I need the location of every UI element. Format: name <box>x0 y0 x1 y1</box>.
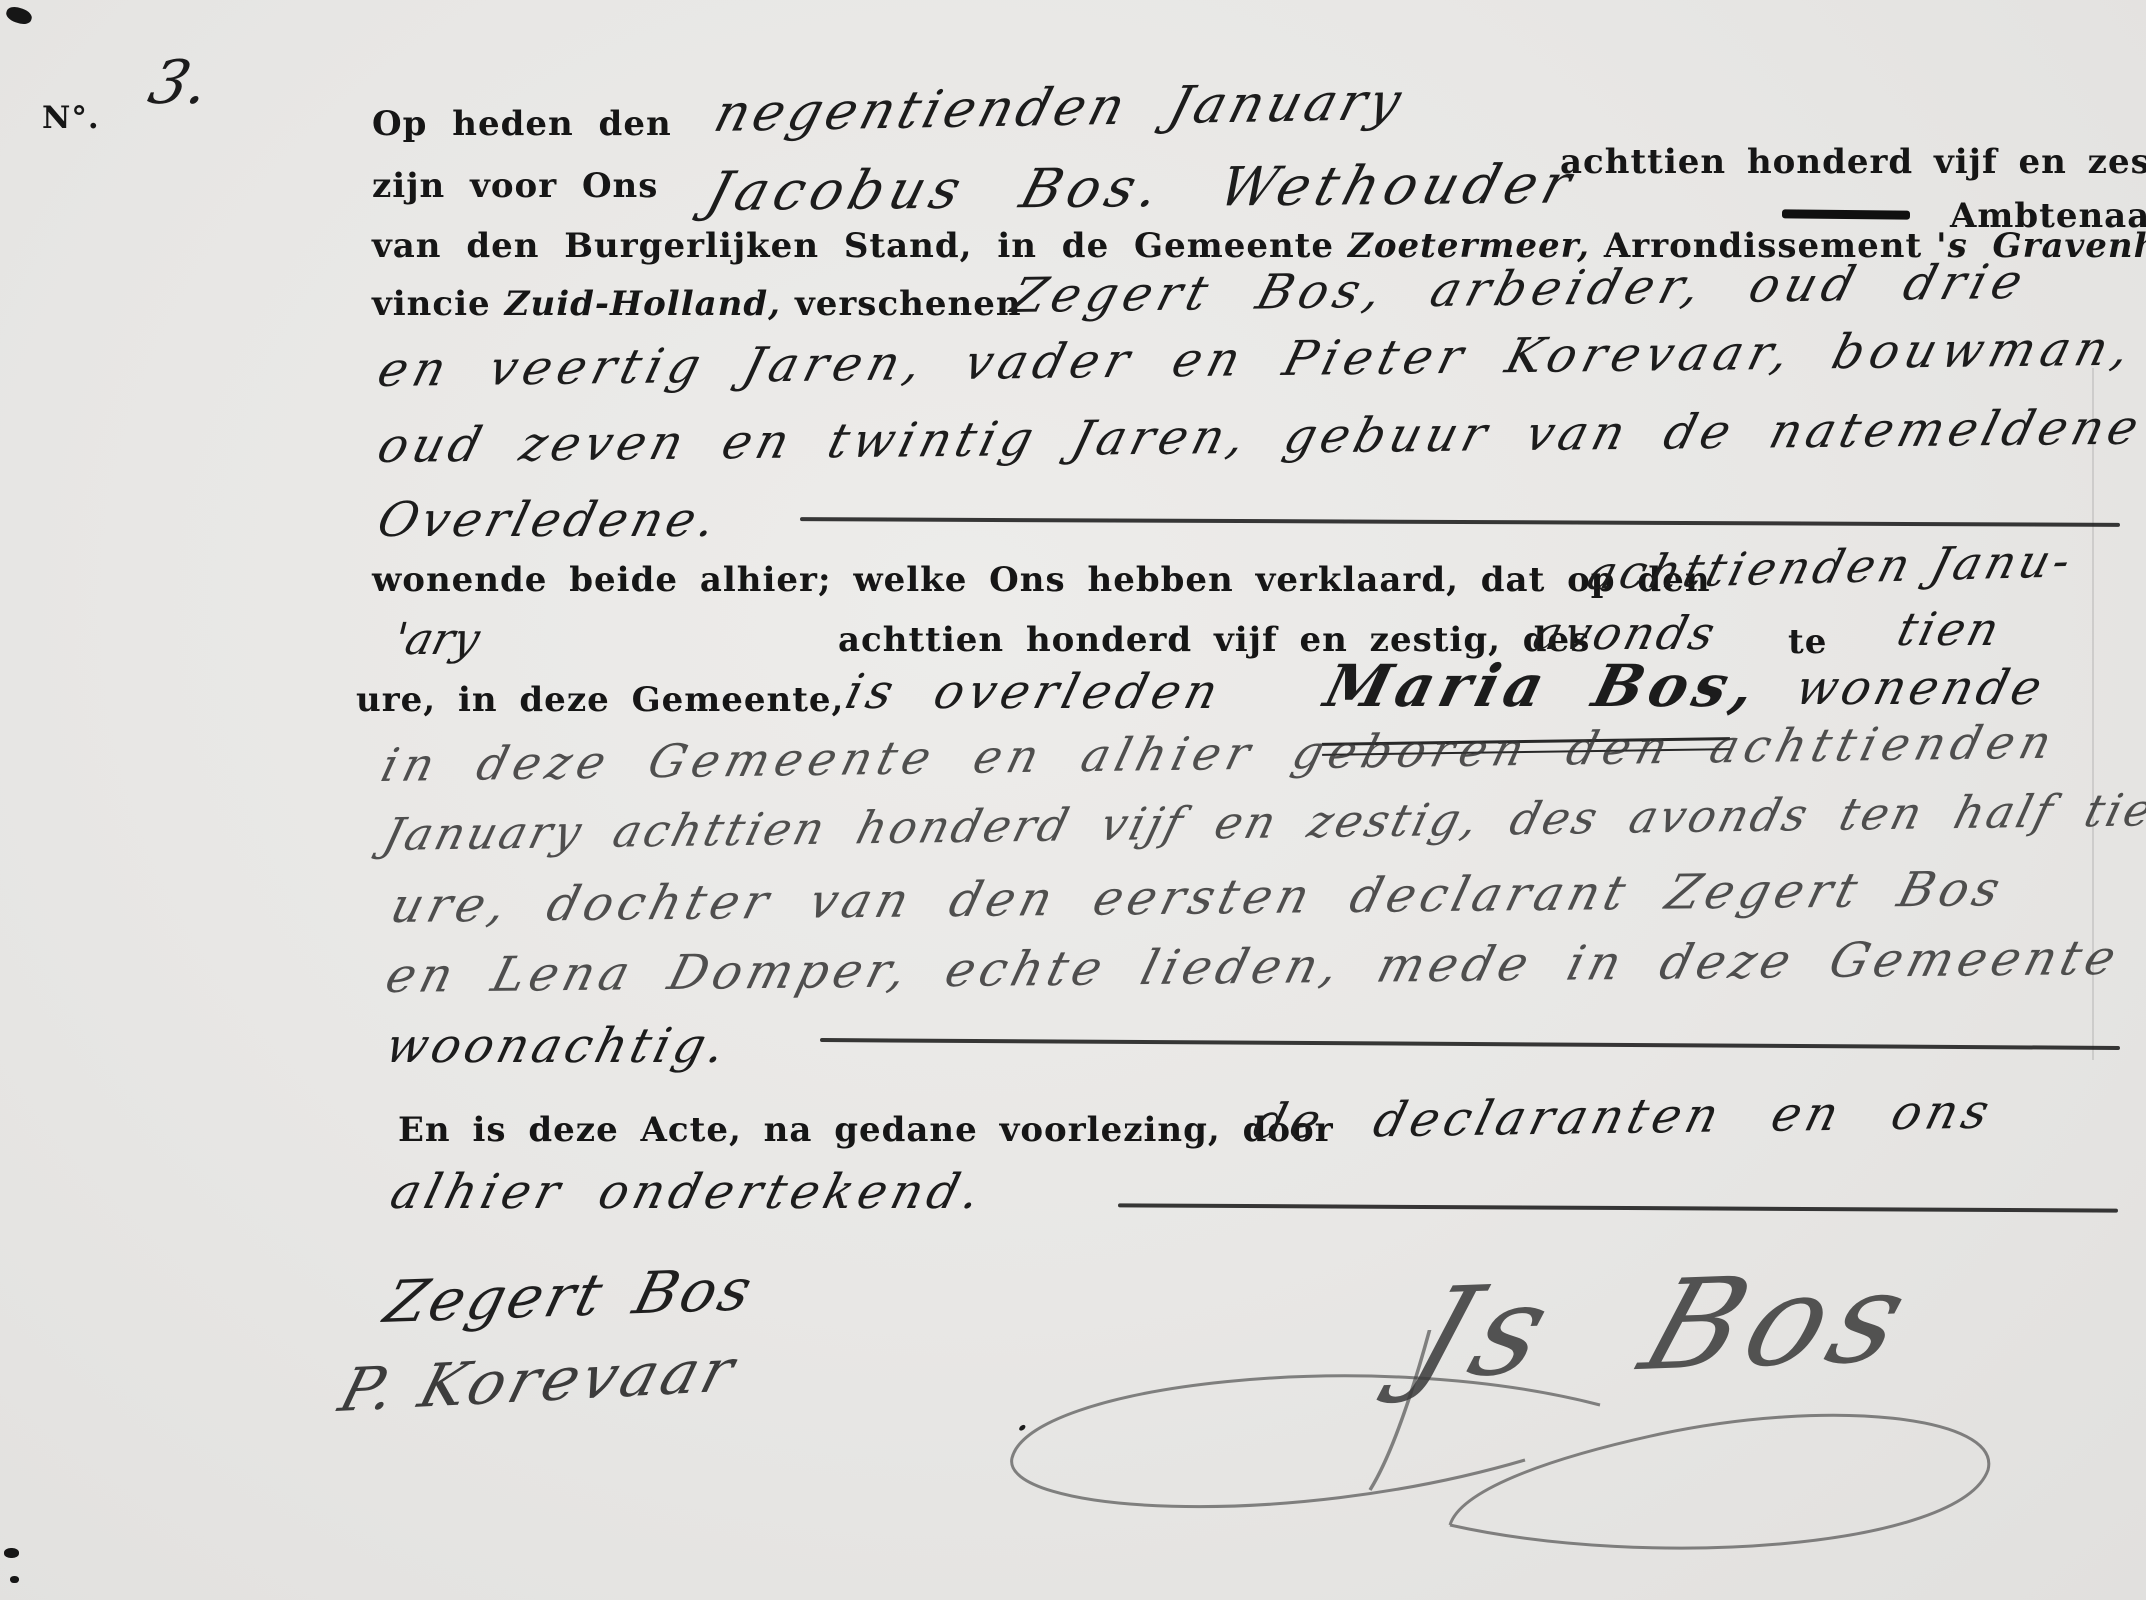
printed-text: verschenen <box>795 284 1022 324</box>
printed-text: zijn voor Ons <box>372 166 658 206</box>
printed-text: Op heden den <box>372 104 672 144</box>
printed-text: ure, in deze Gemeente, <box>356 680 844 720</box>
printed-text: En is deze Acte, na gedane voorlezing, d… <box>398 1110 1334 1150</box>
printed-text: achttien honderd vijf en zestig, <box>1560 142 2146 182</box>
filler-rule <box>1118 1203 2118 1212</box>
signature-flourish <box>900 1330 2050 1600</box>
handwritten-line: in deze Gemeente en alhier geboren den a… <box>376 715 2063 792</box>
printed-text: wonende beide alhier; welke Ons hebben v… <box>372 560 1711 600</box>
ink-speck <box>4 4 33 26</box>
handwritten-line: woonachtig. <box>380 1018 735 1074</box>
handwritten-line: en Lena Domper, echte lieden, mede in de… <box>380 930 2126 1004</box>
handwritten-word: tien <box>1892 602 2008 656</box>
act-number-label: N°. <box>42 100 100 136</box>
handwritten-date: negentienden January <box>708 72 1411 144</box>
printed-text: vincie <box>372 284 491 324</box>
handwritten-line: en veertig Jaren, vader en Pieter Koreva… <box>372 321 2142 398</box>
handwritten-phrase: alhier ondertekend. <box>385 1164 991 1220</box>
filler-rule <box>800 517 2120 527</box>
printed-text-row: vincie Zuid-Holland, verschenen <box>372 284 1022 324</box>
handwritten-phrase: de declaranten en ons <box>1248 1084 2000 1150</box>
handwritten-line: January achttien honderd vijf en zestig,… <box>378 783 2146 861</box>
filler-dash <box>1782 209 1910 219</box>
signature-declarant-1: Zegert Bos <box>378 1255 761 1336</box>
handwritten-word: wonende <box>1790 660 2051 716</box>
filler-rule <box>820 1038 2120 1050</box>
signature-declarant-2: P. Korevaar <box>332 1336 745 1426</box>
printed-province: Zuid-Holland, <box>505 284 781 324</box>
death-certificate-scan: N°. 3. Op heden den negentienden January… <box>0 0 2146 1600</box>
act-number: 3. <box>142 48 217 118</box>
handwritten-official-name: Jacobus Bos. Wethouder <box>700 152 1584 223</box>
deceased-name: Maria Bos, <box>1318 652 1768 720</box>
handwritten-line: ure, dochter van den eersten declarant Z… <box>385 861 2011 934</box>
handwritten-line: Overledene. <box>372 492 725 548</box>
handwritten-phrase: is overleden <box>840 664 1228 720</box>
handwritten-line: oud zeven en twintig Jaren, gebuur van d… <box>372 400 2146 474</box>
ink-speck <box>4 1548 19 1558</box>
printed-text: te <box>1788 622 1827 662</box>
handwritten-date: achttienden Janu- <box>1582 533 2080 600</box>
ink-speck <box>10 1576 19 1583</box>
printed-text: van den Burgerlijken Stand, in de Gemeen… <box>372 226 1334 266</box>
handwritten-word: 'ary <box>388 614 485 665</box>
